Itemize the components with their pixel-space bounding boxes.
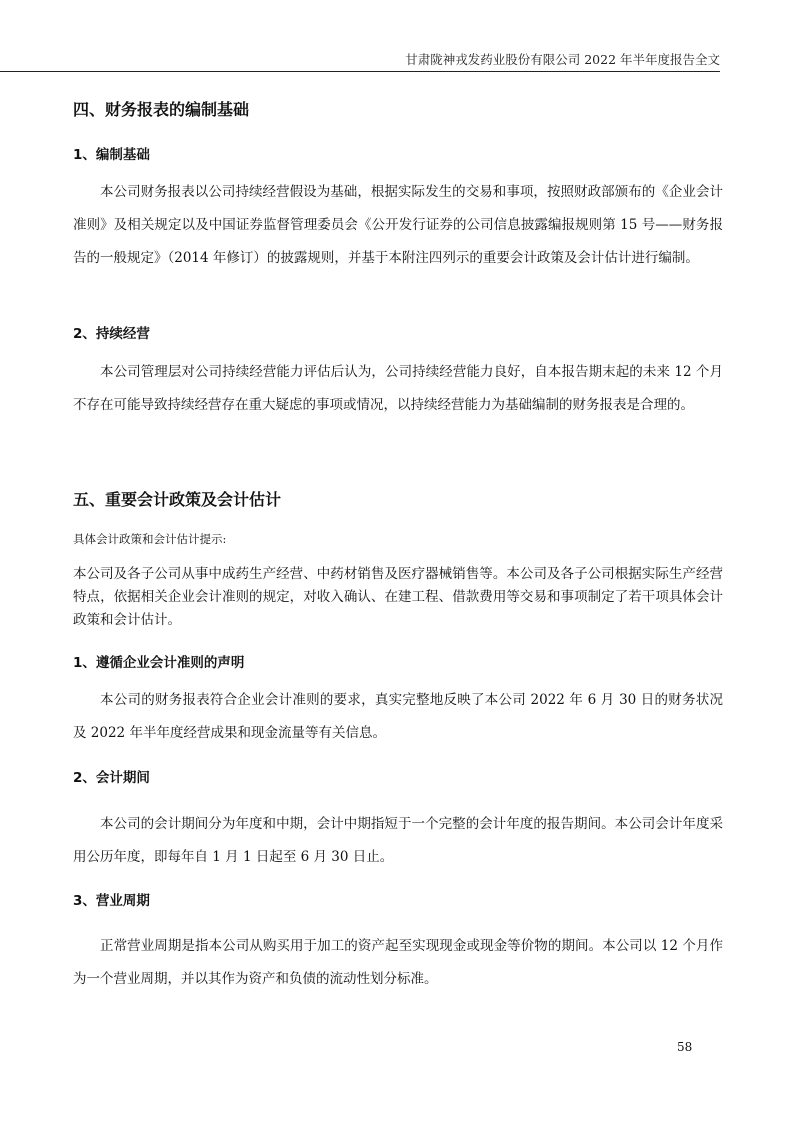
section-4-title: 四、财务报表的编制基础 xyxy=(73,97,723,120)
section-5-3-body: 正常营业周期是指本公司从购买用于加工的资产起至实现现金或现金等价物的期间。本公司… xyxy=(73,930,723,996)
section-5-title: 五、重要会计政策及会计估计 xyxy=(73,487,723,510)
header-title: 甘肃陇神戎发药业股份有限公司 2022 年半年度报告全文 xyxy=(405,52,720,67)
section-5-2-body: 本公司的会计期间分为年度和中期，会计中期指短于一个完整的会计年度的报告期间。本公… xyxy=(73,808,723,874)
section-5-1-title: 1、遵循企业会计准则的声明 xyxy=(73,651,723,671)
section-4-1-title: 1、编制基础 xyxy=(73,143,723,163)
section-4-1-body: 本公司财务报表以公司持续经营假设为基础，根据实际发生的交易和事项，按照财政部颁布… xyxy=(73,176,723,275)
section-5-2-title: 2、会计期间 xyxy=(73,766,723,786)
section-5-3-title: 3、营业周期 xyxy=(73,889,723,909)
page-number: 58 xyxy=(677,1040,692,1054)
section-4-2-title: 2、持续经营 xyxy=(73,322,723,342)
section-5-hint-body: 本公司及各子公司从事中成药生产经营、中药材销售及医疗器械销售等。本公司及各子公司… xyxy=(73,563,723,632)
section-5-hint-label: 具体会计政策和会计估计提示: xyxy=(73,531,723,547)
page-header: 甘肃陇神戎发药业股份有限公司 2022 年半年度报告全文 xyxy=(0,50,720,72)
section-4-2-body: 本公司管理层对公司持续经营能力评估后认为，公司持续经营能力良好，自本报告期末起的… xyxy=(73,356,723,422)
section-5-1-body: 本公司的财务报表符合企业会计准则的要求，真实完整地反映了本公司 2022 年 6… xyxy=(73,684,723,750)
